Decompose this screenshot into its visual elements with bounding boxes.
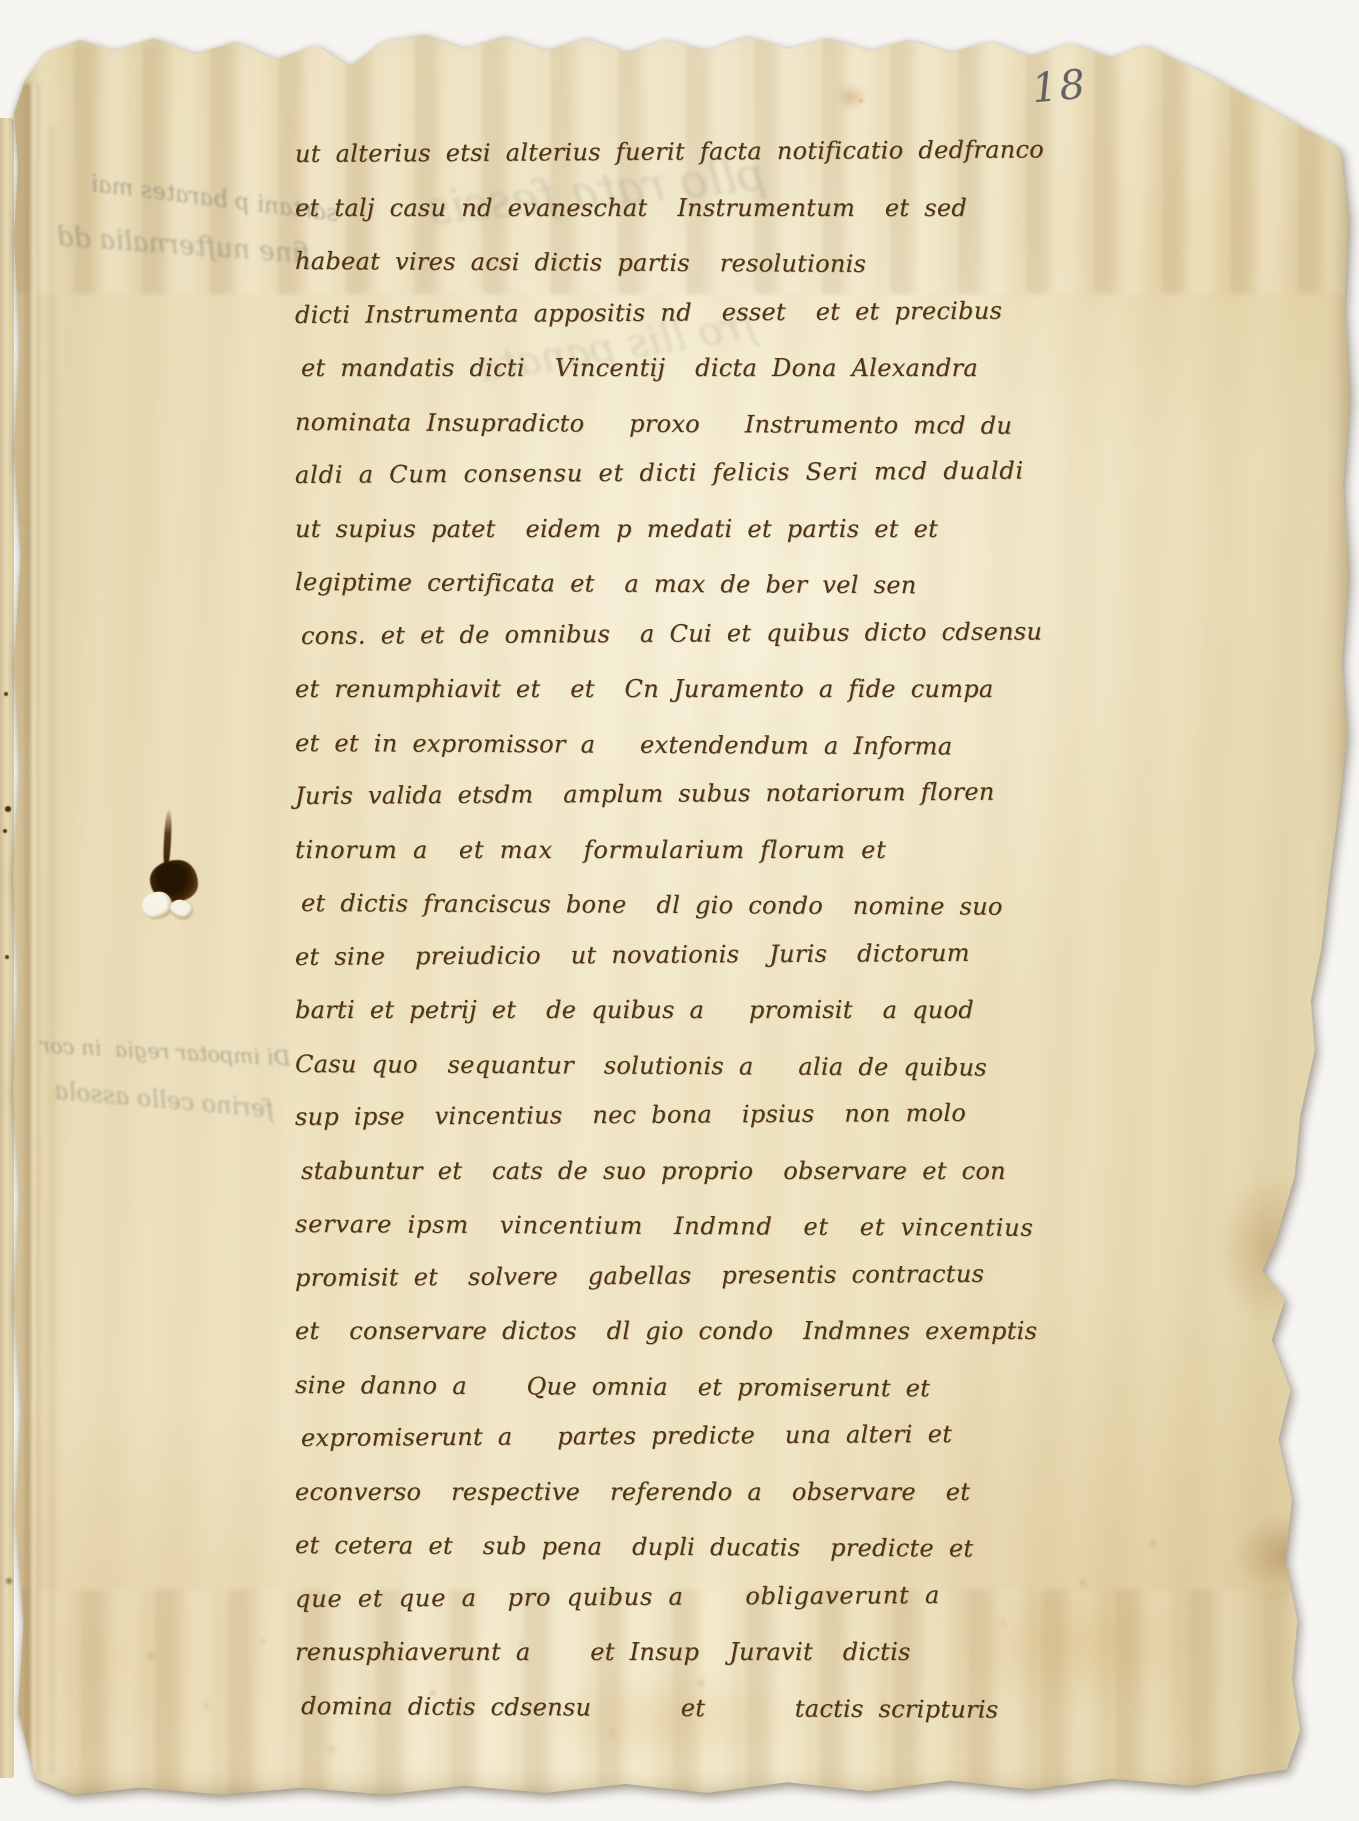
manuscript-text-line: promisit et solvere gabellas presentis c… — [295, 1247, 1105, 1305]
manuscript-text-line: et talj casu nd evaneschat Instrumentum … — [295, 182, 1105, 236]
faint-fold-crease — [46, 124, 58, 1774]
manuscript-leaf-shadow: sartani p barates mai fine nufternalia d… — [0, 0, 1359, 1821]
manuscript-text-line: et sine preiudicio ut novationis Juris d… — [295, 926, 1105, 984]
pencil-folio-number: 18 — [1030, 62, 1089, 113]
manuscript-leaf: sartani p barates mai fine nufternalia d… — [6, 24, 1354, 1800]
manuscript-text-line: Juris valida etsdm amplum subus notarior… — [295, 765, 1105, 823]
manuscript-text-line: barti et petrij et de quibus a promisit … — [295, 984, 1105, 1038]
manuscript-text-line: dicti Instrumenta appositis nd esset et … — [295, 284, 1105, 342]
manuscript-text-line: que et que a pro quibus a obligaverunt a — [295, 1568, 1105, 1626]
manuscript-text-line: ut alterius etsi alterius fuerit facta n… — [295, 123, 1105, 181]
manuscript-text-block: ut alterius etsi alterius fuerit facta n… — [295, 128, 1105, 1733]
manuscript-text-line: expromiserunt a partes predicte una alte… — [301, 1407, 1105, 1465]
manuscript-text-line: et renumphiavit et et Cn Juramento a fid… — [295, 663, 1105, 717]
manuscript-text-line: et mandatis dicti Vincentij dicta Dona A… — [301, 342, 1105, 396]
foxing-spots — [6, 24, 8, 26]
vertical-fold-crease — [16, 84, 42, 1774]
deckled-top-edge-highlight — [6, 24, 1354, 50]
manuscript-text-line: aldi a Cum consensu et dicti felicis Ser… — [295, 444, 1105, 502]
manuscript-text-line: tinorum a et max formularium florum et — [295, 824, 1105, 878]
manuscript-text-line: et conservare dictos dl gio condo Indmne… — [295, 1305, 1105, 1359]
manuscript-text-line: stabuntur et cats de suo proprio observa… — [301, 1145, 1105, 1199]
manuscript-text-line: domina dictis cdsensu et tactis scriptur… — [301, 1680, 1105, 1738]
manuscript-text-line: ut supius patet eidem p medati et partis… — [295, 503, 1105, 557]
scanned-manuscript-page: sartani p barates mai fine nufternalia d… — [0, 0, 1359, 1821]
manuscript-text-line: renusphiaverunt a et Insup Juravit dicti… — [295, 1626, 1105, 1680]
manuscript-text-line: sup ipse vincentius nec bona ipsius non … — [295, 1086, 1105, 1144]
manuscript-text-line: cons. et et de omnibus a Cui et quibus d… — [301, 605, 1105, 663]
manuscript-text-line: econverso respective referendo a observa… — [295, 1466, 1105, 1520]
